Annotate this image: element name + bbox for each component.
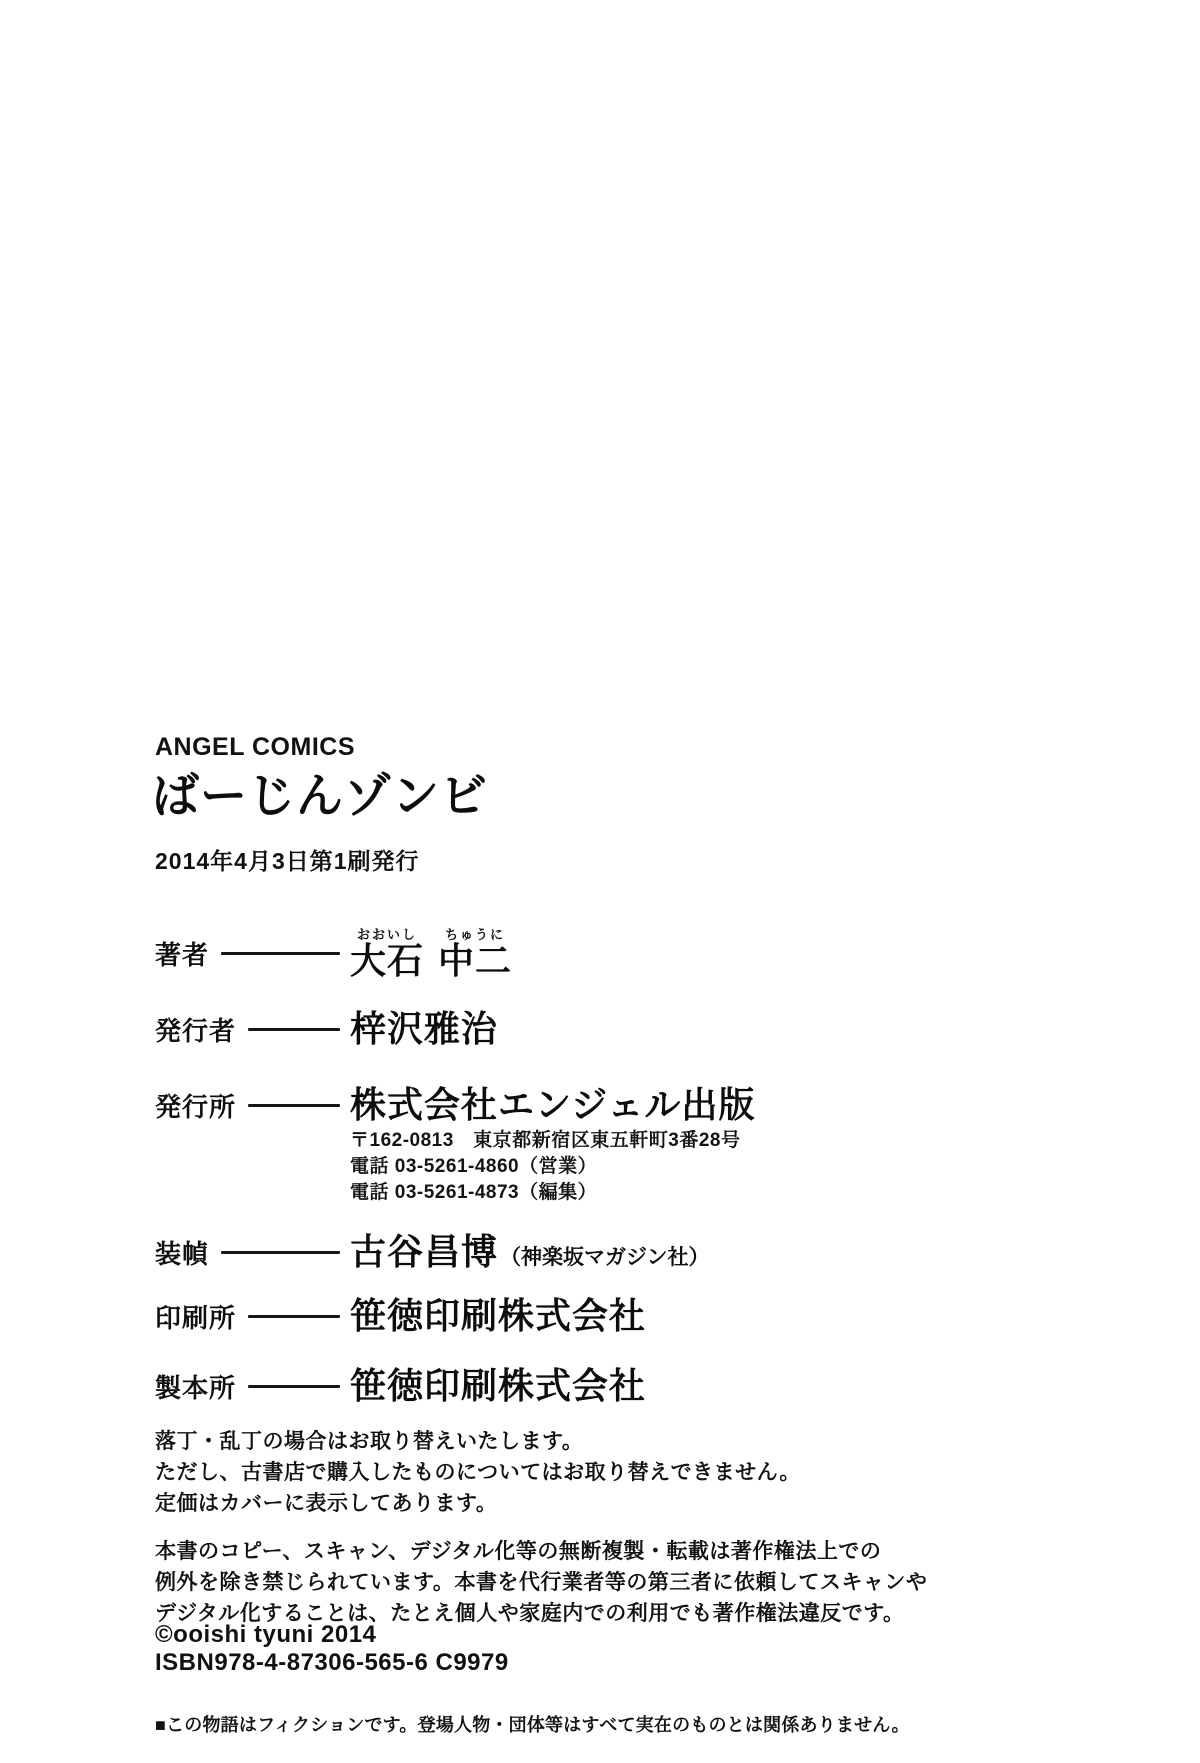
publisher-postal-address: 〒162-0813 東京都新宿区東五軒町3番28号: [350, 1128, 741, 1154]
author-family-name-furigana: おおいし: [350, 927, 424, 942]
leader-line: [221, 1251, 340, 1254]
publisher-address-block: 〒162-0813 東京都新宿区東五軒町3番28号 電話 03-5261-486…: [350, 1128, 741, 1206]
credit-lead: 印刷所: [155, 1298, 350, 1335]
printing-company: 笹徳印刷株式会社: [350, 1298, 646, 1334]
design-label: 装幀: [155, 1234, 209, 1271]
replacement-notice: 落丁・乱丁の場合はお取り替えいたします。 ただし、古書店で購入したものについては…: [155, 1426, 801, 1519]
isbn-code: ISBN978-4-87306-565-6 C9979: [155, 1649, 509, 1677]
print-edition-info: 2014年4月3日第1刷発行: [155, 843, 420, 876]
publisher-person-name: 梓沢雅治: [350, 1011, 498, 1047]
credit-row-author: 著者 大石おおいし 中二ちゅうに: [155, 928, 995, 978]
notice-line: 例外を除き禁じられています。本書を代行業者等の第三者に依頼してスキャンや: [155, 1567, 927, 1598]
binding-company: 笹徳印刷株式会社: [350, 1368, 646, 1404]
credit-lead: 著者: [155, 935, 350, 972]
credit-row-publisher-person: 発行者 梓沢雅治: [155, 1006, 995, 1052]
designer-affiliation: （神楽坂マガジン社）: [500, 1247, 709, 1268]
credit-row-printing: 印刷所 笹徳印刷株式会社: [155, 1293, 995, 1339]
leader-line: [248, 1028, 340, 1031]
imprint-label: ANGEL COMICS: [155, 733, 355, 762]
printing-label: 印刷所: [155, 1298, 236, 1335]
credit-lead: 発行者: [155, 1011, 350, 1048]
publisher-person-label: 発行者: [155, 1011, 236, 1048]
credit-lead: 製本所: [155, 1368, 350, 1405]
publisher-name: 株式会社エンジェル出版: [350, 1087, 755, 1123]
author-label: 著者: [155, 935, 209, 972]
author-family-name-base: 大石: [350, 940, 424, 981]
publisher-phone-editorial: 電話 03-5261-4873（編集）: [350, 1180, 741, 1206]
credit-row-binding: 製本所 笹徳印刷株式会社: [155, 1363, 995, 1409]
designer-name-text: 古谷昌博: [350, 1234, 498, 1270]
author-family-name: 大石おおいし: [350, 927, 424, 979]
credit-row-design: 装幀 古谷昌博 （神楽坂マガジン社）: [155, 1229, 995, 1275]
leader-line: [248, 1104, 340, 1107]
notice-line: 本書のコピー、スキャン、デジタル化等の無断複製・転載は著作権法上での: [155, 1536, 927, 1567]
notice-line: 定価はカバーに表示してあります。: [155, 1488, 801, 1519]
author-given-name-furigana: ちゅうに: [438, 927, 512, 942]
author-given-name-base: 中二: [438, 940, 512, 981]
book-title: ばーじんゾンビ: [152, 770, 488, 822]
fiction-disclaimer: ■この物語はフィクションです。登場人物・団体等はすべて実在のものとは関係ありませ…: [155, 1711, 910, 1737]
publisher-label: 発行所: [155, 1087, 236, 1124]
copyright-credit: ©ooishi tyuni 2014: [155, 1621, 376, 1649]
publisher-phone-sales: 電話 03-5261-4860（営業）: [350, 1154, 741, 1180]
credit-lead: 発行所: [155, 1087, 350, 1124]
colophon-page: ANGEL COMICS ばーじんゾンビ 2014年4月3日第1刷発行 著者 大…: [0, 0, 1200, 1763]
notice-line: ただし、古書店で購入したものについてはお取り替えできません。: [155, 1457, 801, 1488]
leader-line: [248, 1315, 340, 1318]
copyright-law-notice: 本書のコピー、スキャン、デジタル化等の無断複製・転載は著作権法上での 例外を除き…: [155, 1536, 927, 1629]
author-name: 大石おおいし 中二ちゅうに: [350, 927, 512, 979]
credit-row-publisher: 発行所 株式会社エンジェル出版: [155, 1082, 995, 1128]
binding-label: 製本所: [155, 1368, 236, 1405]
leader-line: [221, 952, 340, 955]
author-given-name: 中二ちゅうに: [438, 927, 512, 979]
credit-lead: 装幀: [155, 1234, 350, 1271]
notice-line: 落丁・乱丁の場合はお取り替えいたします。: [155, 1426, 801, 1457]
designer-name: 古谷昌博 （神楽坂マガジン社）: [350, 1234, 710, 1270]
leader-line: [248, 1385, 340, 1388]
